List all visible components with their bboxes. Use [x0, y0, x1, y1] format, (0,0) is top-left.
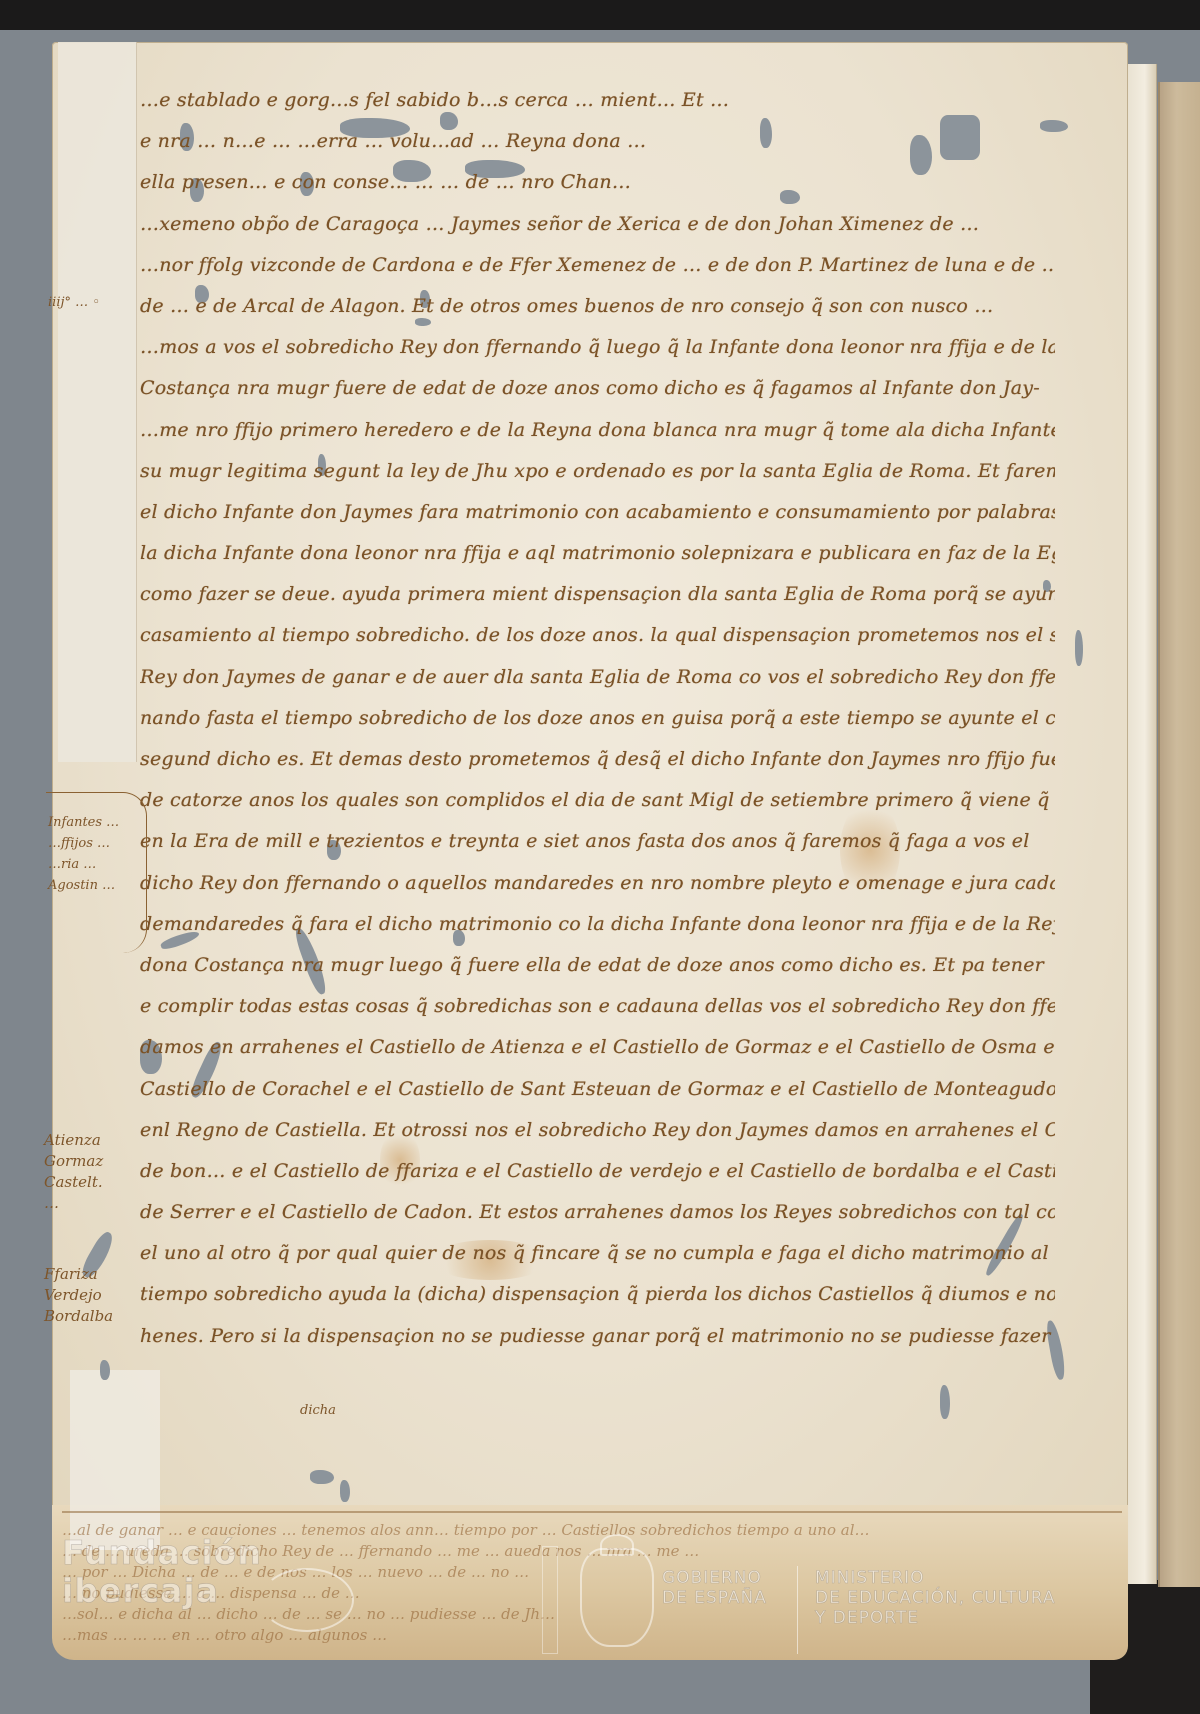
text-line: la dicha Infante dona leonor nra ffija e… [140, 533, 1055, 574]
paper-loss [1075, 630, 1083, 666]
text-line: de Serrer e el Castiello de Cadon. Et es… [140, 1192, 1055, 1233]
paper-loss [340, 1480, 350, 1502]
watermark-text: ibercaja [62, 1572, 262, 1610]
text-line: el dicho Infante don Jaymes fara matrimo… [140, 492, 1055, 533]
text-line: Castiello de Corachel e el Castiello de … [140, 1069, 1055, 1110]
watermark-gobierno: GOBIERNO DE ESPAÑA [662, 1568, 767, 1608]
paper-repair-strip [58, 42, 137, 762]
interlinear-insertion: dicha [300, 1400, 336, 1421]
text-line: demandaredes q̃ fara el dicho matrimonio… [140, 904, 1055, 945]
text-line: de … e de Arcal de Alagon. Et de otros o… [140, 286, 1055, 327]
text-line: nando fasta el tiempo sobredicho de los … [140, 698, 1055, 739]
text-line: …xemeno obp̃o de Caragoça … Jaymes señor… [140, 204, 1055, 245]
text-line: henes. Pero si la dispensaçion no se pud… [140, 1316, 1055, 1357]
text-line: damos en arrahenes el Castiello de Atien… [140, 1027, 1055, 1068]
watermark-text: GOBIERNO [662, 1568, 767, 1588]
watermark-text: MINISTERIO [815, 1568, 1056, 1588]
margin-note: iiij° … ◦ [48, 292, 100, 313]
watermark-ministerio: MINISTERIO DE EDUCACIÓN, CULTURA Y DEPOR… [815, 1568, 1056, 1628]
text-line: …nor ffolg vizconde de Cardona e de Ffer… [140, 245, 1055, 286]
ibercaja-logo-icon [260, 1568, 354, 1632]
watermark-column-icon [542, 1546, 558, 1654]
watermark-divider [797, 1566, 798, 1654]
margin-note: Atienza Gormaz Castelt. … [44, 1130, 103, 1214]
text-line: …e stablado e gorg…s fel sabido b…s cerc… [140, 80, 1055, 121]
watermark-text: DE ESPAÑA [662, 1588, 767, 1608]
paper-loss [940, 1385, 950, 1419]
text-line: e complir todas estas cosas q̃ sobredich… [140, 986, 1055, 1027]
margin-note: Ffariza Verdejo Bordalba [44, 1264, 113, 1327]
manuscript-text: …e stablado e gorg…s fel sabido b…s cerc… [140, 80, 1055, 1357]
watermark-text: Y DEPORTE [815, 1608, 1056, 1628]
text-line: en la Era de mill e trezientos e treynta… [140, 821, 1055, 862]
text-line: segund dicho es. Et demas desto prometem… [140, 739, 1055, 780]
adjacent-leaf [1158, 82, 1200, 1587]
text-line: ella presen… e con conse… … … de … nro C… [140, 162, 1055, 203]
text-line: el uno al otro q̃ por qual quier de nos … [140, 1233, 1055, 1274]
margin-note: Infantes … …ffijos … …ria … Agostin … [48, 812, 119, 896]
text-line: Rey don Jaymes de ganar e de auer dla sa… [140, 657, 1055, 698]
text-line: e nra … n…e … …erra … volu…ad … Reyna do… [140, 121, 1055, 162]
text-line: dona Costança nra mugr luego q̃ fuere el… [140, 945, 1055, 986]
text-line: su mugr legitima segunt la ley de Jhu xp… [140, 451, 1055, 492]
text-line: tiempo sobredicho ayuda la (dicha) dispe… [140, 1274, 1055, 1315]
page-edge [1128, 64, 1157, 1584]
text-line: de catorze anos los quales son complidos… [140, 780, 1055, 821]
text-line: de bon… e el Castiello de ffariza e el C… [140, 1151, 1055, 1192]
text-line: Costança nra mugr fuere de edat de doze … [140, 368, 1055, 409]
ruled-line [62, 1511, 1122, 1513]
text-line: dicho Rey don ffernando o aquellos manda… [140, 863, 1055, 904]
text-line: …me nro ffijo primero heredero e de la R… [140, 410, 1055, 451]
watermark-text: Fundación [62, 1534, 262, 1572]
watermark-text: DE EDUCACIÓN, CULTURA [815, 1588, 1056, 1608]
paper-loss [310, 1470, 334, 1484]
text-line: como fazer se deue. ayuda primera mient … [140, 574, 1055, 615]
text-line: casamiento al tiempo sobredicho. de los … [140, 615, 1055, 656]
spain-coat-of-arms-icon [580, 1548, 654, 1647]
text-line: …mos a vos el sobredicho Rey don ffernan… [140, 327, 1055, 368]
watermark-fundacion-ibercaja: Fundación ibercaja [62, 1534, 262, 1610]
text-line: enl Regno de Castiella. Et otrossi nos e… [140, 1110, 1055, 1151]
paper-loss [100, 1360, 110, 1380]
